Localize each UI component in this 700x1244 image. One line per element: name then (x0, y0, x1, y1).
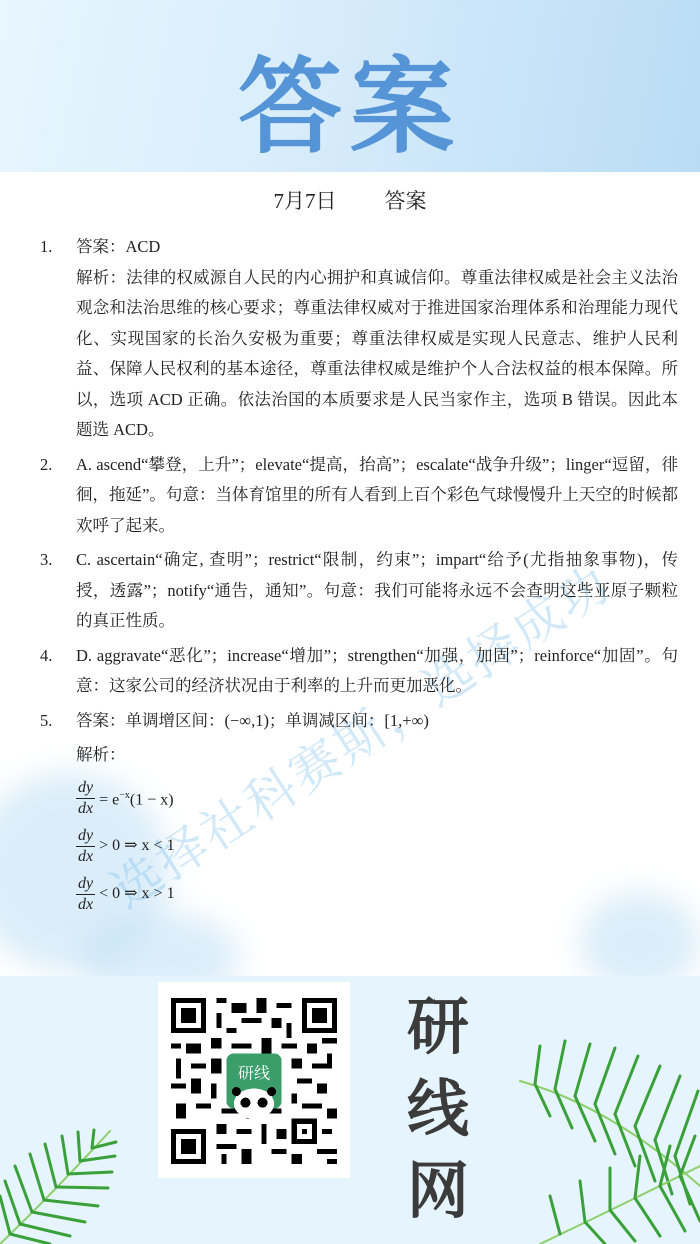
explanation-label: 解析： (76, 740, 678, 771)
explanation-text: 解析：法律的权威源自人民的内心拥护和真诚信仰。尊重法律权威是社会主义法治观念和法… (76, 263, 678, 446)
date-label: 7月7日 (274, 186, 337, 216)
answer-item-5: 5. 答案：单调增区间：(−∞,1)；单调减区间：[1,+∞) 解析： (38, 706, 678, 771)
item-number: 4. (40, 641, 52, 672)
palm-leaf-left-icon (0, 1126, 120, 1244)
derivative-fraction: dy dx (76, 826, 95, 867)
footer: 研线 研 线 网 (0, 976, 700, 1244)
header-banner: 答案 (0, 0, 700, 172)
answer-text: 答案：单调增区间：(−∞,1)；单调减区间：[1,+∞) (76, 706, 678, 737)
svg-text:研线: 研线 (238, 1063, 270, 1082)
subtitle: 7月7日答案 (0, 186, 700, 216)
answer-item-1: 1. 答案：ACD 解析：法律的权威源自人民的内心拥护和真诚信仰。尊重法律权威是… (38, 232, 678, 446)
explanation-text: D. aggravate“恶化”；increase“增加”；strengthen… (76, 641, 678, 702)
item-number: 2. (40, 450, 52, 481)
explanation-text: A. ascend“攀登，上升”；elevate“提高，抬高”；escalate… (76, 450, 678, 542)
answer-item-2: 2. A. ascend“攀登，上升”；elevate“提高，抬高”；escal… (38, 450, 678, 542)
page-title: 答案 (0, 52, 700, 162)
item-number: 1. (40, 232, 52, 263)
brand-name: 研 线 网 (403, 986, 473, 1232)
answer-list: 1. 答案：ACD 解析：法律的权威源自人民的内心拥护和真诚信仰。尊重法律权威是… (38, 232, 678, 919)
item-number: 5. (40, 706, 52, 737)
answer-label: 答案 (385, 186, 427, 216)
equation-block: dy dx = e−x(1 − x) dy dx > 0 ⇒ x < 1 dy … (38, 775, 678, 919)
answer-text: 答案：ACD (76, 232, 678, 263)
answer-item-4: 4. D. aggravate“恶化”；increase“增加”；strengt… (38, 641, 678, 702)
equation-2: dy dx > 0 ⇒ x < 1 (76, 823, 678, 871)
qr-code-card[interactable]: 研线 (158, 982, 350, 1178)
explanation-text: C. ascertain“确定, 查明”；restrict“限制，约束”；imp… (76, 545, 678, 637)
palm-leaf-right-icon (510, 1036, 700, 1244)
qr-code-icon[interactable]: 研线 (171, 998, 337, 1164)
equation-1: dy dx = e−x(1 − x) (76, 775, 678, 823)
answer-content: 选择社科赛斯，选择成功 7月7日答案 1. 答案：ACD 解析：法律的权威源自人… (0, 172, 700, 976)
answer-item-3: 3. C. ascertain“确定, 查明”；restrict“限制，约束”；… (38, 545, 678, 637)
item-number: 3. (40, 545, 52, 576)
equation-3: dy dx < 0 ⇒ x > 1 (76, 871, 678, 919)
derivative-fraction: dy dx (76, 778, 95, 819)
derivative-fraction: dy dx (76, 874, 95, 915)
